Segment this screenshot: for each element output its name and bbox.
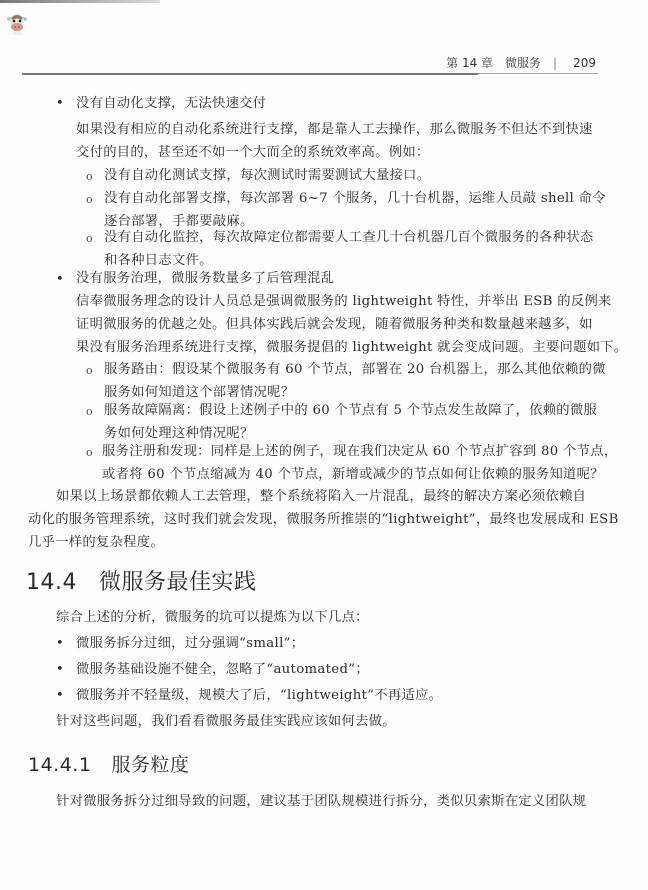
bullet-marker: • xyxy=(56,96,64,111)
sub-bullet-marker: o xyxy=(86,170,93,183)
bullet-marker: • xyxy=(56,636,64,651)
list-item: 微服务拆分过细，过分强调“small”； xyxy=(76,632,304,655)
header-rule-light xyxy=(478,73,598,74)
sub-item-line: 没有自动化部署支撑，每次部署 6~7 个服务，几十台机器，运维人员敲 shell… xyxy=(104,187,606,210)
cow-icon xyxy=(6,10,28,36)
paragraph-line: 如果以上场景都依赖人工去管理，整个系统将陷入一片混乱，最终的解决方案必须依赖自 xyxy=(56,485,586,508)
sub-bullet-marker: o xyxy=(86,232,93,245)
sub-bullet-marker: o xyxy=(86,405,93,418)
scan-edge-shade xyxy=(0,0,160,3)
paragraph-line: 动化的服务管理系统，这时我们就会发现，微服务所推崇的“lightweight”，… xyxy=(28,508,619,531)
header-rule xyxy=(22,73,478,75)
bullet-title: 没有自动化支撑，无法快速交付 xyxy=(76,92,266,115)
paragraph-line: 果没有服务治理系统进行支撑，微服务提倡的 lightweight 就会变成问题。… xyxy=(76,336,628,359)
header-separator: | xyxy=(553,56,557,70)
paragraph-line: 几乎一样的复杂程度。 xyxy=(28,531,164,554)
section-number: 14.4 xyxy=(26,570,77,595)
sub-item-line: 服务故障隔离：假设上述例子中的 60 个节点有 5 个节点发生故障了，依赖的微服 xyxy=(104,399,597,422)
sub-bullet-marker: o xyxy=(86,193,93,206)
list-item: 微服务基础设施不健全，忽略了“automated”； xyxy=(76,658,369,681)
sub-item-line: 服务注册和发现：同样是上述的例子，现在我们决定从 60 个节点扩容到 80 个节… xyxy=(102,440,617,463)
paragraph-line: 交付的目的，甚至还不如一个大而全的系统效率高。例如： xyxy=(76,141,430,164)
paragraph-line: 综合上述的分析，微服务的坑可以提炼为以下几点： xyxy=(56,606,369,629)
bullet-title: 没有服务治理，微服务数量多了后管理混乱 xyxy=(76,267,334,290)
chapter-label: 第 14 章 xyxy=(446,54,493,71)
section-number: 14.4.1 xyxy=(28,754,91,776)
paragraph-line: 如果没有相应的自动化系统进行支撑，都是靠人工去操作，那么微服务不但达不到快速 xyxy=(76,118,593,141)
bullet-marker: • xyxy=(56,662,64,677)
section-title: 服务粒度 xyxy=(111,754,189,776)
paragraph-line: 信奉微服务理念的设计人员总是强调微服务的 lightweight 特性，并举出 … xyxy=(76,290,612,313)
sub-bullet-marker: o xyxy=(86,446,93,459)
list-item: 微服务并不轻量级，规模大了后，“lightweight”不再适应。 xyxy=(76,684,442,707)
sub-bullet-marker: o xyxy=(86,364,93,377)
paragraph-line: 针对微服务拆分过细导致的问题，建议基于团队规模进行拆分，类似贝索斯在定义团队规 xyxy=(56,790,586,813)
running-head: 第 14 章 微服务 | 209 xyxy=(446,54,596,71)
bullet-marker: • xyxy=(56,272,64,287)
chapter-title: 微服务 xyxy=(505,54,541,71)
sub-item-line: 或者将 60 个节点缩减为 40 个节点，新增或减少的节点如何让依赖的服务知道呢… xyxy=(102,463,604,486)
bullet-marker: • xyxy=(56,688,64,703)
sub-item-line: 没有自动化监控，每次故障定位都需要人工查几十台机器几百个微服务的各种状态 xyxy=(104,226,594,249)
paragraph-line: 证明微服务的优越之处。但具体实践后就会发现，随着微服务种类和数量越来越多，如 xyxy=(76,313,593,336)
sub-item-line: 没有自动化测试支撑，每次测试时需要测试大量接口。 xyxy=(104,164,430,187)
sub-item-line: 服务路由：假设某个微服务有 60 个节点，部署在 20 台机器上，那么其他依赖的… xyxy=(104,358,606,381)
paragraph-line: 针对这些问题，我们看看微服务最佳实践应该如何去做。 xyxy=(56,710,396,733)
page-number: 209 xyxy=(573,56,596,70)
section-title: 微服务最佳实践 xyxy=(99,570,257,595)
section-heading-14-4-1: 14.4.1服务粒度 xyxy=(28,750,189,777)
section-heading-14-4: 14.4微服务最佳实践 xyxy=(26,565,257,596)
